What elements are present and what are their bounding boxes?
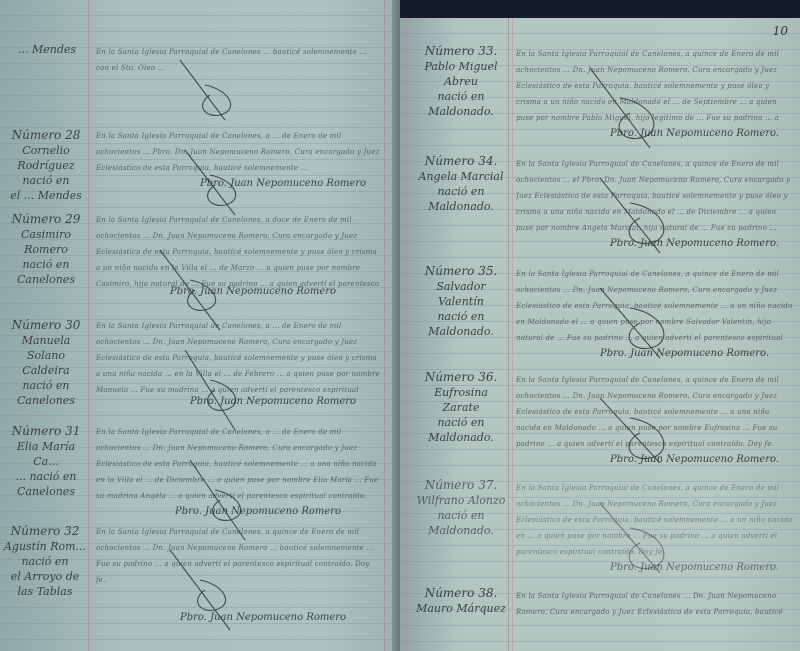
entry-body: En la Santa Iglesia Parroquial de Canelo…: [516, 46, 796, 126]
entry-birth: nació en: [6, 257, 86, 272]
entry-signature: Pbro. Juan Nepomuceno Romero: [175, 506, 341, 517]
page-top-shadow: [400, 0, 800, 20]
entry-label: Número 33. Pablo Miguel Abreu nació en M…: [414, 44, 508, 119]
entry-name: Salvador Valentín: [414, 279, 508, 309]
entry-label: Número 29 Casimiro Romero nació en Canel…: [6, 212, 86, 287]
entry-label: ... Mendes: [8, 42, 86, 57]
entry-signature: Pbro. Juan Nepomuceno Romero.: [610, 238, 779, 249]
entry-number: Número 35.: [414, 264, 508, 279]
entry-number: Número 33.: [414, 44, 508, 59]
entry-name: ... Mendes: [8, 42, 86, 57]
entry-body: En la Santa Iglesia Parroquial de Canelo…: [96, 318, 381, 398]
entry-body: En la Santa Iglesia Parroquial de Canelo…: [516, 588, 796, 620]
entry-name: Manuela Solano: [6, 333, 86, 363]
entry-signature: Pbro. Juan Nepomuceno Romero: [200, 178, 366, 189]
entry-body: En la Santa Iglesia Parroquial de Canelo…: [96, 212, 381, 292]
entry-label: Número 35. Salvador Valentín nació en Ma…: [414, 264, 508, 339]
entry-birth: nació en: [414, 89, 508, 104]
entry-place: el Arroyo de las Tablas: [2, 569, 88, 599]
left-margin-rule: [88, 0, 89, 651]
page-number: 10: [773, 24, 788, 38]
entry-number: Número 34.: [414, 154, 508, 169]
entry-place: el ... Mendes: [6, 188, 86, 203]
entry-name: Mauro Márquez: [414, 601, 508, 616]
entry-birth: nació en: [414, 508, 508, 523]
entry-name: Casimiro Romero: [6, 227, 86, 257]
right-inner-rule: [406, 18, 407, 651]
entry-birth: ... nació en: [6, 469, 86, 484]
entry-name: Pablo Miguel Abreu: [414, 59, 508, 89]
entry-body: En la Santa Iglesia Parroquial de Canelo…: [516, 156, 796, 236]
entry-signature: Pbro. Juan Nepomuceno Romero.: [610, 562, 779, 573]
right-margin-rule: [508, 18, 509, 651]
entry-name: Eufrosina Zarate: [414, 385, 508, 415]
entry-label: Número 31 Elia María Ca... ... nació en …: [6, 424, 86, 499]
entry-number: Número 37.: [414, 478, 508, 493]
entry-signature: Pbro. Juan Nepomuceno Romero.: [600, 348, 769, 359]
entry-signature: Pbro. Juan Nepomuceno Romero.: [610, 128, 779, 139]
entry-body: En la Santa Iglesia Parroquial de Canelo…: [96, 128, 381, 176]
entry-body: En la Santa Iglesia Parroquial de Canelo…: [96, 524, 381, 604]
entry-body: En la Santa Iglesia Parroquial de Canelo…: [96, 44, 381, 108]
entry-place: Maldonado.: [414, 523, 508, 538]
entry-body: En la Santa Iglesia Parroquial de Canelo…: [516, 480, 796, 560]
entry-signature: Pbro. Juan Nepomuceno Romero: [180, 612, 346, 623]
entry-name: Elia María Ca...: [6, 439, 86, 469]
entry-place: Canelones: [6, 393, 86, 408]
entry-signature: Pbro. Juan Nepomuceno Romero: [170, 286, 336, 297]
entry-birth: nació en: [414, 184, 508, 199]
left-page: ... Mendes En la Santa Iglesia Parroquia…: [0, 0, 400, 651]
entry-place: Canelones: [6, 272, 86, 287]
entry-number: Número 30: [6, 318, 86, 333]
entry-label: Número 28 Cornelio Rodríguez nació en el…: [6, 128, 86, 203]
entry-name: Cornelio Rodríguez: [6, 143, 86, 173]
entry-label: Número 36. Eufrosina Zarate nació en Mal…: [414, 370, 508, 445]
entry-birth: nació en: [414, 415, 508, 430]
entry-signature: Pbro. Juan Nepomuceno Romero.: [610, 454, 779, 465]
right-margin-rule-2: [512, 18, 513, 651]
entry-number: Número 29: [6, 212, 86, 227]
entry-number: Número 32: [2, 524, 88, 539]
entry-birth: nació en: [2, 554, 88, 569]
entry-place: Maldonado.: [414, 199, 508, 214]
entry-place: Maldonado.: [414, 324, 508, 339]
entry-body: En la Santa Iglesia Parroquial de Canelo…: [516, 266, 796, 346]
entry-number: Número 31: [6, 424, 86, 439]
entry-number: Número 36.: [414, 370, 508, 385]
entry-body: En la Santa Iglesia Parroquial de Canelo…: [96, 424, 381, 504]
entry-signature: Pbro. Juan Nepomuceno Romero: [190, 396, 356, 407]
entry-label: Número 37. Wilfrano Alonzo nació en Mald…: [414, 478, 508, 538]
entry-place: Maldonado.: [414, 430, 508, 445]
entry-birth: Caldeira nació en: [6, 363, 86, 393]
entry-label: Número 32 Agustín Rom... nació en el Arr…: [2, 524, 88, 599]
entry-number: Número 28: [6, 128, 86, 143]
entry-body: En la Santa Iglesia Parroquial de Canelo…: [516, 372, 796, 452]
left-right-rule: [384, 0, 385, 651]
ledger-spread: ... Mendes En la Santa Iglesia Parroquia…: [0, 0, 800, 651]
entry-birth: nació en: [6, 173, 86, 188]
entry-label: Número 38. Mauro Márquez: [414, 586, 508, 616]
entry-name: Angela Marcial: [414, 169, 508, 184]
left-margin-rule-2: [92, 0, 93, 651]
right-page: 10 Número 33. Pablo Miguel Abreu nació e…: [400, 18, 800, 651]
entry-number: Número 38.: [414, 586, 508, 601]
entry-name: Agustín Rom...: [2, 539, 88, 554]
entry-label: Número 34. Angela Marcial nació en Maldo…: [414, 154, 508, 214]
entry-place: Canelones: [6, 484, 86, 499]
entry-place: Maldonado.: [414, 104, 508, 119]
entry-birth: nació en: [414, 309, 508, 324]
entry-name: Wilfrano Alonzo: [414, 493, 508, 508]
entry-label: Número 30 Manuela Solano Caldeira nació …: [6, 318, 86, 408]
